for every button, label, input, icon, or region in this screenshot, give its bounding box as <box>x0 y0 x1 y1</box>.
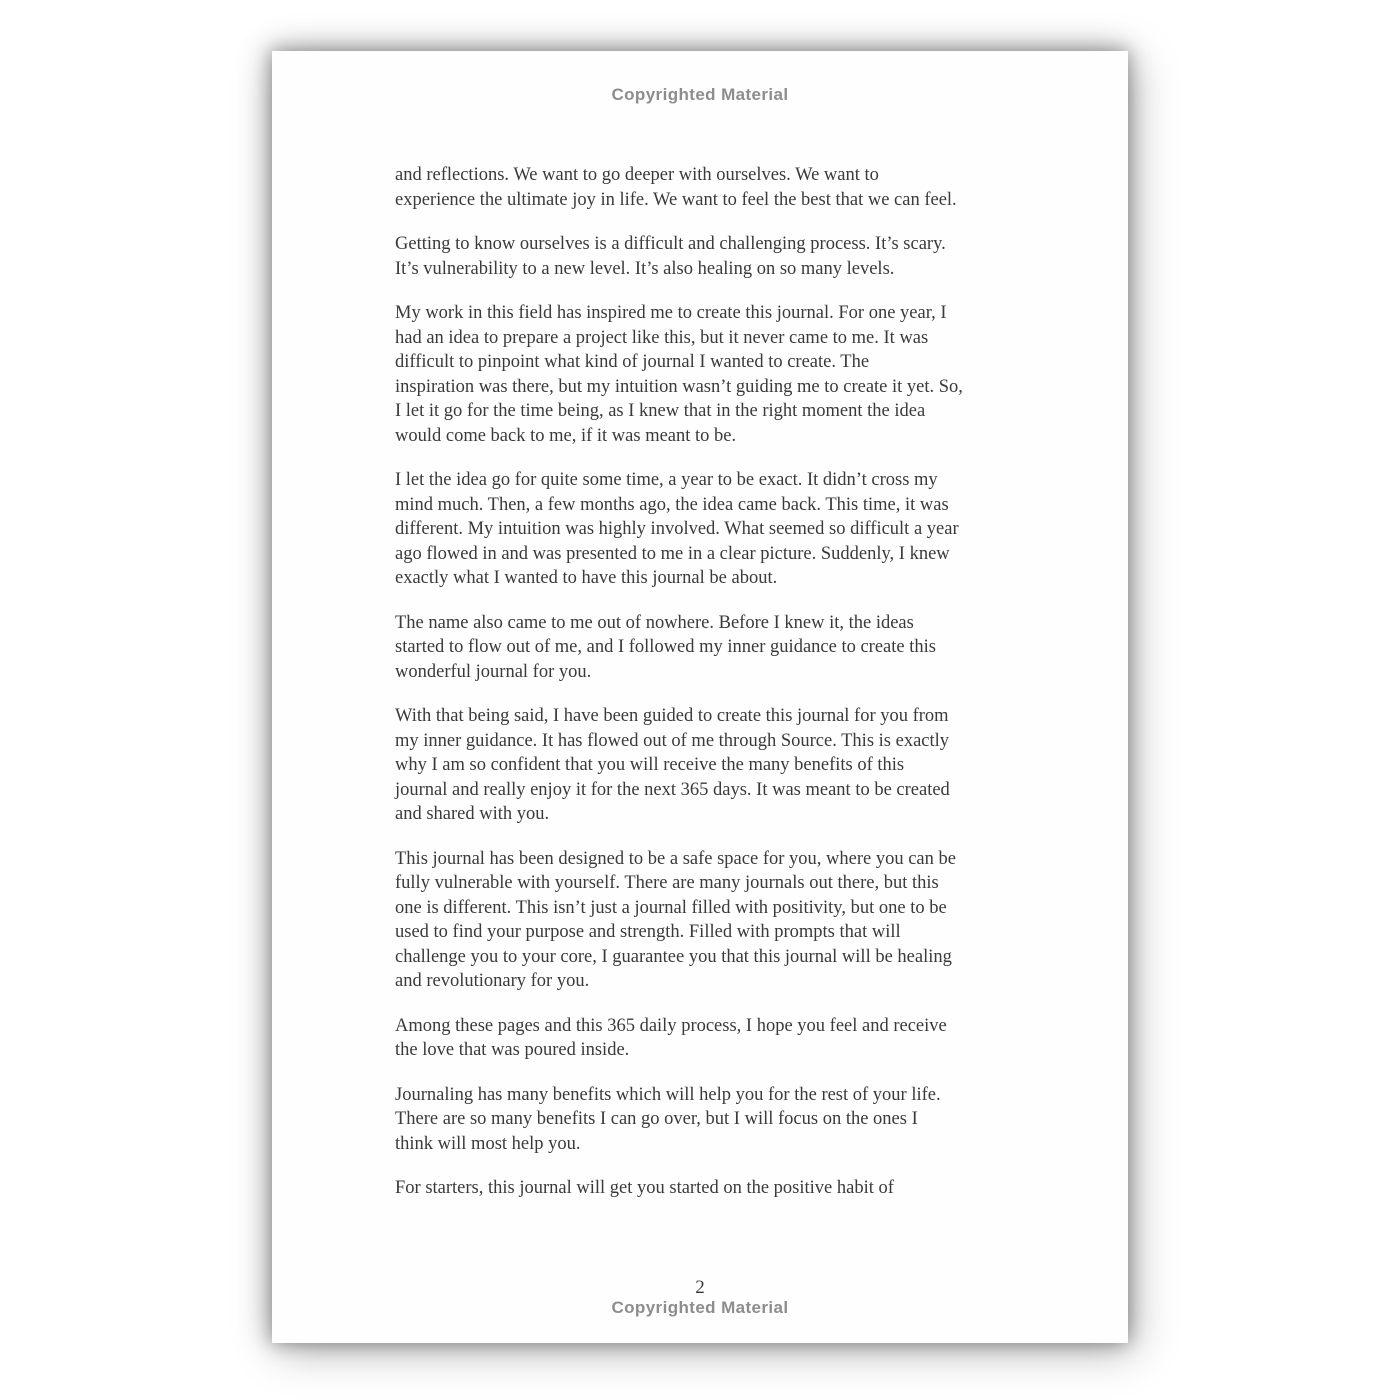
footer-copyright-notice: Copyrighted Material <box>272 1298 1128 1317</box>
page-number: 2 <box>272 1278 1128 1298</box>
body-paragraph: The name also came to me out of nowhere.… <box>395 611 1125 685</box>
body-paragraph: Getting to know ourselves is a difficult… <box>395 232 1125 281</box>
page-body: and reflections. We want to go deeper wi… <box>395 163 1125 1221</box>
body-paragraph: With that being said, I have been guided… <box>395 704 1125 827</box>
body-paragraph: and reflections. We want to go deeper wi… <box>395 163 1125 212</box>
book-page: Copyrighted Material and reflections. We… <box>272 51 1128 1343</box>
body-paragraph: Journaling has many benefits which will … <box>395 1083 1125 1157</box>
body-paragraph: I let the idea go for quite some time, a… <box>395 468 1125 591</box>
body-paragraph: For starters, this journal will get you … <box>395 1176 1125 1201</box>
page-footer: 2 Copyrighted Material <box>272 1278 1128 1317</box>
body-paragraph: My work in this field has inspired me to… <box>395 301 1125 448</box>
body-paragraph: This journal has been designed to be a s… <box>395 847 1125 994</box>
preview-canvas: Copyrighted Material and reflections. We… <box>0 0 1400 1400</box>
body-paragraph: Among these pages and this 365 daily pro… <box>395 1014 1125 1063</box>
header-copyright-notice: Copyrighted Material <box>272 85 1128 105</box>
